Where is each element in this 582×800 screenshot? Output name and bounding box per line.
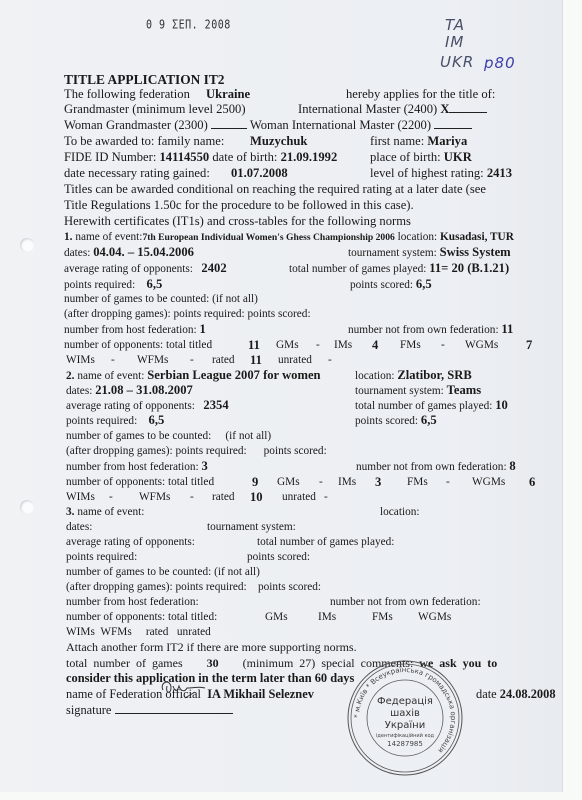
ims-label: IMs	[338, 474, 356, 490]
first-name: first name: Mariya	[370, 133, 467, 149]
event-2-wims: -	[109, 489, 113, 505]
seal-code: 14287985	[387, 740, 423, 748]
event-1-avg-rating-value: 2402	[201, 261, 226, 275]
rated-label: rated	[212, 352, 235, 368]
event-3-name-row: 3. name of event:	[66, 504, 144, 520]
wims-label: WIMs	[66, 352, 95, 368]
handwritten-note-ta: TA	[445, 16, 465, 34]
event-3-games-counted: number of games to be counted: (if not a…	[66, 564, 260, 580]
if-not-all-label: (if not all)	[214, 566, 260, 578]
event-2-host-fed-value: 3	[202, 459, 208, 473]
host-fed-label: number from host federation:	[64, 324, 197, 336]
event-2-wgms: 6	[529, 474, 535, 490]
event-2-games-counted: number of games to be counted: (if not a…	[66, 428, 271, 444]
gms-label: GMs	[265, 609, 288, 625]
event-2-location-value: Zlatibor, SRB	[397, 368, 471, 382]
if-not-all-label: (if not all)	[212, 293, 258, 305]
handwritten-note-ukr: UKR	[440, 53, 474, 71]
fms-label: FMs	[407, 474, 428, 490]
event-3-dates-label: dates:	[66, 519, 92, 535]
conditional-text-2: Title Regulations 1.50c for the procedur…	[64, 197, 414, 213]
event-2-points-required: points required: 6,5	[66, 412, 164, 429]
rated-label: rated	[212, 489, 235, 505]
if-not-all-label: (if not all)	[225, 430, 271, 442]
event-3-location-label: location:	[380, 504, 420, 520]
wims-label: WIMs	[66, 489, 95, 505]
after-dropping-label: (after dropping games): points required:	[66, 581, 247, 593]
first-name-label: first name:	[370, 134, 424, 148]
scan-bottom-edge	[0, 792, 582, 800]
points-scored-label: points scored:	[258, 581, 321, 593]
event-1-not-own-fed-value: 11	[501, 322, 513, 336]
signature-label: signature	[66, 703, 111, 717]
event-2-not-own-fed-value: 8	[509, 459, 515, 473]
points-scored-label: points scored:	[248, 308, 311, 320]
event-3-points-scored-label: points scored:	[247, 549, 310, 565]
highest-rating-value: 2413	[487, 166, 512, 180]
minimum-text: (minimum 27)	[243, 656, 316, 670]
fide-id-value: 14114550	[160, 150, 210, 164]
official-name: IA Mikhail Seleznev	[207, 687, 314, 701]
fms-label: FMs	[400, 337, 421, 353]
dates-label: dates:	[64, 247, 90, 259]
date-row: date 24.08.2008	[476, 686, 556, 702]
event-2-gms: -	[319, 474, 323, 490]
event-1-name: 7th European Individual Women's Ghess Ch…	[142, 232, 394, 243]
ink-note: p80	[484, 54, 516, 72]
unrated-label: unrated	[278, 352, 312, 368]
event-1-avg-rating: average rating of opponents: 2402	[64, 260, 227, 277]
event-1-points-scored: points scored: 6,5	[350, 276, 432, 293]
event-2-after-dropping: (after dropping games): points required:…	[66, 443, 327, 459]
federation-label: The following federation	[64, 87, 190, 101]
opponents-titled-label: number of opponents: total titled	[66, 611, 214, 623]
event-1-system-value: Swiss System	[440, 245, 511, 259]
event-3-opponents-2: WIMs WFMs rated unrated	[66, 624, 211, 640]
event-1-wgms: 7	[526, 337, 532, 353]
event-1-fms: -	[441, 337, 445, 353]
dob-value: 21.09.1992	[281, 150, 338, 164]
points-required-label: points required:	[66, 415, 137, 427]
gm-title-option: Grandmaster (minimum level 2500)	[64, 101, 246, 117]
wfms-label: WFMs	[139, 489, 170, 505]
total-games-value: 30	[207, 656, 219, 670]
gms-label: GMs	[277, 474, 300, 490]
event-name-label: name of event:	[77, 370, 144, 382]
not-own-fed-label: number not from own federation:	[348, 324, 499, 336]
avg-rating-label: average rating of opponents:	[66, 400, 195, 412]
event-1-games-counted: number of games to be counted: (if not a…	[64, 291, 258, 307]
wims-label: WIMs	[66, 626, 95, 638]
highest-rating: level of highest rating: 2413	[370, 165, 512, 181]
event-2-dates-value: 21.08 – 31.08.2007	[95, 383, 193, 397]
event-1-points-scored-value: 6,5	[416, 277, 432, 291]
attach-text: Attach another form IT2 if there are mor…	[66, 639, 357, 655]
avg-rating-label: average rating of opponents:	[64, 263, 193, 275]
points-scored-label: points scored:	[350, 279, 413, 291]
event-1-system: tournament system: Swiss System	[348, 244, 511, 261]
event-2-points-scored: points scored: 6,5	[355, 412, 437, 429]
seal-line-3: України	[385, 720, 425, 731]
fms-label: FMs	[372, 609, 393, 625]
event-2-rated: 10	[250, 489, 263, 505]
signature-scribble	[155, 676, 215, 704]
event-3-opponents: number of opponents: total titled: GMs I…	[66, 609, 217, 625]
received-date-stamp: 0 9 ΣΕΠ. 2008	[146, 19, 231, 32]
family-name-value: Muzychuk	[250, 133, 307, 149]
fide-id-row: FIDE ID Number: 14114550 date of birth: …	[64, 149, 337, 165]
total-games-label: total number of games played:	[289, 263, 426, 275]
event-2-host-fed: number from host federation: 3	[66, 458, 208, 475]
im-selected-mark: X	[440, 102, 449, 116]
im-label: International Master (2400)	[298, 102, 437, 116]
rating-date-value: 01.07.2008	[231, 165, 288, 181]
location-label: location:	[355, 370, 395, 382]
gms-label: GMs	[276, 337, 299, 353]
conditional-text-1: Titles can be awarded conditional on rea…	[64, 181, 486, 197]
date-label: date	[476, 687, 497, 701]
event-1-points-required-value: 6,5	[147, 277, 163, 291]
event-1-not-own-fed: number not from own federation: 11	[348, 321, 513, 338]
games-counted-label: number of games to be counted:	[66, 566, 211, 578]
event-1-dates-value: 04.04. – 15.04.2006	[93, 245, 194, 259]
event-2-total-games-value: 10	[495, 398, 508, 412]
punch-hole	[20, 238, 34, 252]
wgm-blank	[211, 118, 247, 129]
im-title-option: International Master (2400) X	[298, 101, 487, 117]
points-scored-label: points scored:	[355, 415, 418, 427]
dob-label: date of birth:	[212, 150, 277, 164]
event-2-points-required-value: 6,5	[149, 413, 165, 427]
event-3-host-fed-label: number from host federation:	[66, 594, 199, 610]
dates-label: dates:	[66, 385, 92, 397]
wfms-label: WFMs	[137, 352, 168, 368]
total-games-label: total number of games	[66, 656, 183, 670]
event-1-host-fed-value: 1	[200, 322, 206, 336]
federation-value: Ukraine	[206, 86, 250, 102]
date-value: 24.08.2008	[500, 687, 556, 701]
games-counted-label: number of games to be counted:	[66, 430, 211, 442]
wgms-label: WGMs	[465, 337, 498, 353]
event-2-unrated: -	[324, 489, 328, 505]
family-name-row: To be awarded to: family name:	[64, 133, 224, 149]
opponents-titled-label: number of opponents: total titled	[66, 476, 214, 488]
pob-label: place of birth:	[370, 150, 441, 164]
handwritten-note-im: IM	[445, 33, 464, 51]
handwritten-note-page: p80	[484, 54, 516, 72]
event-1-host-fed: number from host federation: 1	[64, 321, 206, 338]
not-own-fed-label: number not from own federation:	[356, 461, 507, 473]
event-2-number: 2.	[66, 370, 74, 382]
event-1-dates: dates: 04.04. – 15.04.2006	[64, 244, 194, 261]
first-name-value: Mariya	[427, 134, 467, 148]
event-2-ims: 3	[375, 474, 381, 490]
unrated-label: unrated	[177, 626, 211, 638]
event-2-opponents: number of opponents: total titled 9 GMs …	[66, 474, 214, 490]
wgm-label: Woman Grandmaster (2300)	[64, 118, 208, 132]
event-1-ims: 4	[372, 337, 378, 353]
event-1-titled: 11	[248, 337, 260, 353]
rated-label: rated	[146, 626, 169, 638]
event-3-total-games-label: total number of games played:	[257, 534, 394, 550]
event-name-label: name of event:	[77, 506, 144, 518]
event-1-number: 1.	[64, 231, 72, 243]
seal-line-1: Федерація	[377, 695, 433, 707]
event-1-gms: -	[316, 337, 320, 353]
after-dropping-label: (after dropping games): points required:	[66, 445, 247, 457]
event-name-label: name of event:	[75, 231, 142, 243]
event-1-location: Kusadasi, TUR	[440, 231, 514, 243]
federation-seal: * м.Київ * Всеукраїнська громадська орга…	[345, 658, 465, 778]
host-fed-label: number from host federation:	[66, 461, 199, 473]
event-3-not-own-fed-label: number not from own federation:	[330, 594, 481, 610]
federation-line: The following federation	[64, 86, 190, 102]
event-1-total-games-value: 11= 20 (B.1.21)	[429, 261, 509, 275]
punch-hole	[20, 500, 34, 514]
pob-value: UKR	[444, 150, 472, 164]
wgm-title-option: Woman Grandmaster (2300) Woman Internati…	[64, 117, 472, 133]
herewith-text: Herewith certificates (IT1s) and cross-t…	[64, 213, 411, 229]
opponents-titled-label: number of opponents: total titled	[64, 339, 212, 351]
games-counted-label: number of games to be counted:	[64, 293, 209, 305]
wgms-label: WGMs	[472, 474, 505, 490]
system-label: tournament system:	[348, 247, 437, 259]
event-1-after-dropping: (after dropping games): points required:…	[64, 306, 311, 322]
event-1-rated: 11	[250, 352, 262, 368]
im-blank	[449, 102, 487, 113]
location-label: location:	[398, 231, 438, 243]
wgms-label: WGMs	[418, 609, 451, 625]
total-games-label: total number of games played:	[355, 400, 492, 412]
seal-code-label: ідентифікаційний код	[376, 732, 435, 739]
event-2-not-own-fed: number not from own federation: 8	[356, 458, 516, 475]
wim-label: Woman International Master (2200)	[250, 118, 431, 132]
system-label: tournament system:	[355, 385, 444, 397]
event-2-fms: -	[446, 474, 450, 490]
wim-blank	[434, 118, 472, 129]
applies-label: hereby applies for the title of:	[346, 86, 495, 102]
signature-row: signature	[66, 702, 233, 718]
highest-rating-label: level of highest rating:	[370, 166, 484, 180]
event-3-avg-rating-label: average rating of opponents:	[66, 534, 195, 550]
event-3-points-required-label: points required:	[66, 549, 137, 565]
event-1-wfms: -	[190, 352, 194, 368]
rating-date-row: date necessary rating gained:	[64, 165, 210, 181]
wfms-label: WFMs	[100, 626, 131, 638]
ims-label: IMs	[318, 609, 336, 625]
event-1-opponents: number of opponents: total titled 11 GMs…	[64, 337, 212, 353]
event-3-system-label: tournament system:	[207, 519, 296, 535]
fide-id-label: FIDE ID Number:	[64, 150, 156, 164]
event-3-after-dropping: (after dropping games): points required:…	[66, 579, 321, 595]
points-required-label: points required:	[64, 279, 135, 291]
scan-edge	[563, 0, 582, 800]
event-2-titled: 9	[252, 474, 258, 490]
event-2-wfms: -	[190, 489, 194, 505]
place-of-birth: place of birth: UKR	[370, 149, 472, 165]
points-scored-label: points scored:	[264, 445, 327, 457]
event-3-number: 3.	[66, 506, 74, 518]
unrated-label: unrated	[282, 489, 316, 505]
event-1-wims: -	[111, 352, 115, 368]
seal-line-2: шахів	[390, 707, 420, 719]
event-2-points-scored-value: 6,5	[421, 413, 437, 427]
event-2-name: Serbian League 2007 for women	[147, 368, 320, 382]
family-name-label: To be awarded to: family name:	[64, 134, 224, 148]
event-2-avg-rating-value: 2354	[203, 398, 228, 412]
rating-date-label: date necessary rating gained:	[64, 166, 210, 180]
event-1-unrated: -	[328, 352, 332, 368]
after-dropping-label: (after dropping games): points required:	[64, 308, 245, 320]
event-2-system-value: Teams	[447, 383, 482, 397]
event-1-total-games: total number of games played: 11= 20 (B.…	[289, 260, 509, 277]
ims-label: IMs	[334, 337, 352, 353]
